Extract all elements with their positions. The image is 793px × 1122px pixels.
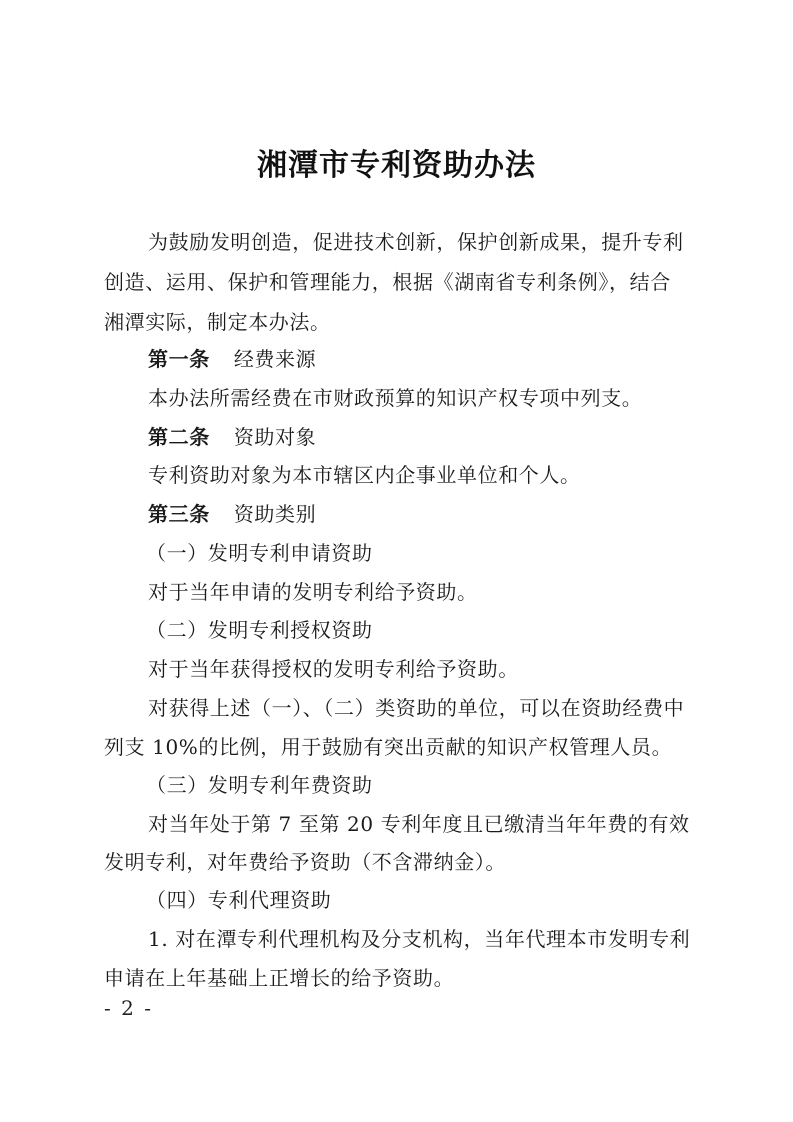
article-number: 第二条 <box>148 425 210 449</box>
preamble-line-3: 湘潭实际，制定本办法。 <box>104 310 331 334</box>
article-1-body: 本办法所需经费在市财政预算的知识产权专项中列支。 <box>148 386 642 410</box>
section-4-body-2: 申请在上年基础上正增长的给予资助。 <box>104 966 454 990</box>
section-4-body-1: 1. 对在潭专利代理机构及分支机构，当年代理本市发明专利 <box>148 927 690 951</box>
section-3-body-2: 发明专利，对年费给予资助（不含滞纳金）。 <box>104 850 506 874</box>
section-4-heading: （四）专利代理资助 <box>146 888 331 912</box>
article-number: 第一条 <box>148 347 210 371</box>
section-2-body-1: 对于当年获得授权的发明专利给予资助。 <box>148 657 519 681</box>
document-title: 湘潭市专利资助办法 <box>0 140 793 184</box>
article-number: 第三条 <box>148 502 210 526</box>
section-1-body: 对于当年申请的发明专利给予资助。 <box>148 580 478 604</box>
section-2-body-2: 对获得上述（一）、（二）类资助的单位，可以在资助经费中 <box>148 696 684 720</box>
article-heading: 资助对象 <box>234 425 316 449</box>
article-heading: 经费来源 <box>234 347 316 371</box>
section-3-heading: （三）发明专利年费资助 <box>146 773 373 797</box>
document-page: 湘潭市专利资助办法 为鼓励发明创造，促进技术创新，保护创新成果，提升专利 创造、… <box>0 0 793 1122</box>
article-2-body: 专利资助对象为本市辖区内企事业单位和个人。 <box>148 463 581 487</box>
section-3-body-1: 对当年处于第 7 至第 20 专利年度且已缴清当年年费的有效 <box>148 812 690 836</box>
article-3-header: 第三条资助类别 <box>148 502 316 526</box>
page-number: - 2 - <box>104 996 153 1020</box>
section-1-heading: （一）发明专利申请资助 <box>146 541 373 565</box>
preamble-line-2: 创造、运用、保护和管理能力，根据《湖南省专利条例》，结合 <box>104 270 671 294</box>
preamble-line-1: 为鼓励发明创造，促进技术创新，保护创新成果，提升专利 <box>148 230 684 254</box>
article-2-header: 第二条资助对象 <box>148 425 316 449</box>
article-heading: 资助类别 <box>234 502 316 526</box>
section-2-heading: （二）发明专利授权资助 <box>146 618 373 642</box>
section-2-body-3: 列支 10%的比例，用于鼓励有突出贡献的知识产权管理人员。 <box>104 735 672 759</box>
article-1-header: 第一条经费来源 <box>148 347 316 371</box>
